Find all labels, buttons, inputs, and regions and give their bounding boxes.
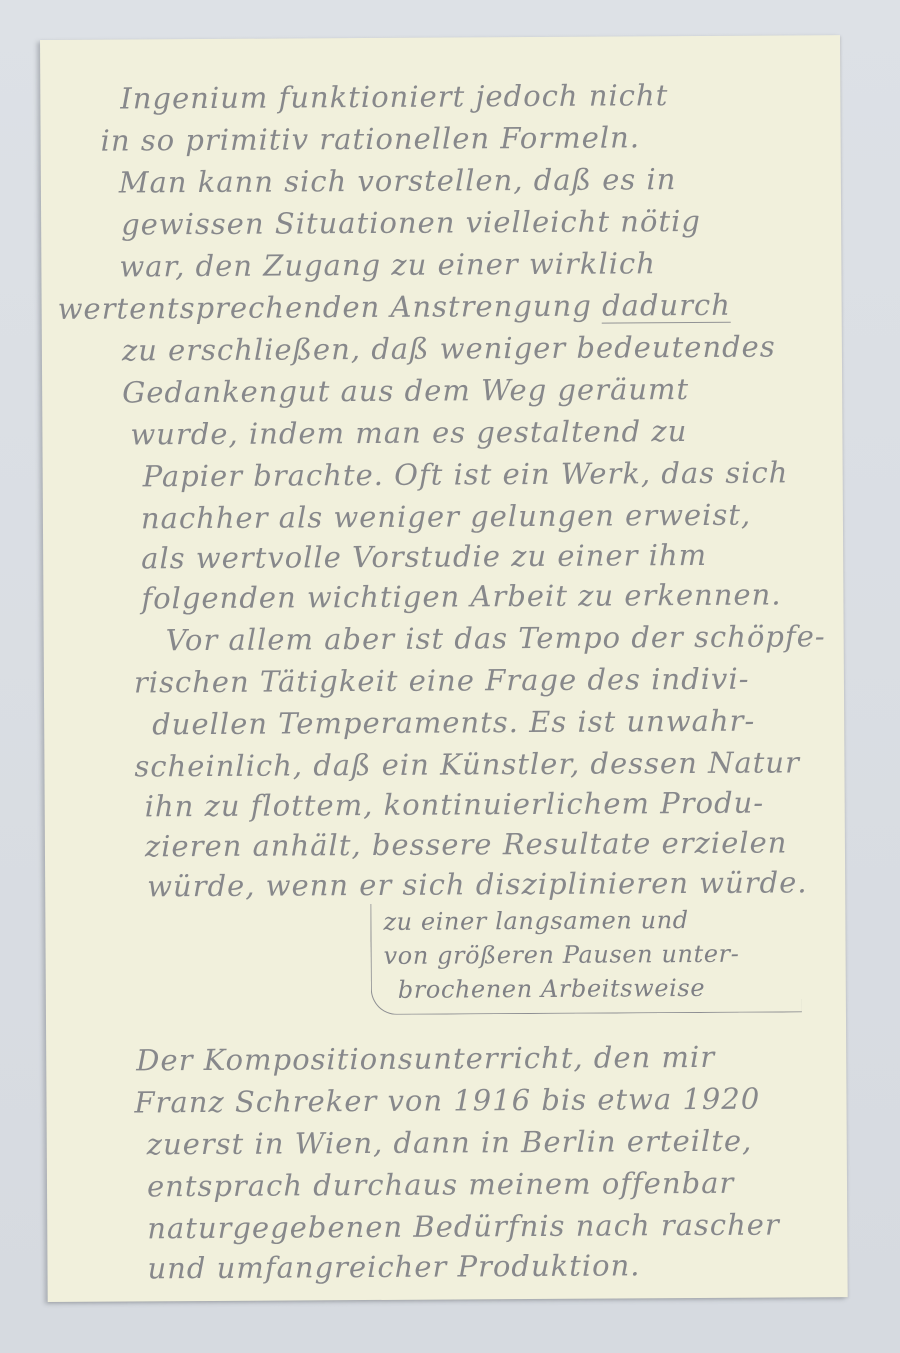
text-line: Papier brachte. Oft ist ein Werk, das si… <box>143 455 789 493</box>
text-line: folgenden wichtigen Arbeit zu erkennen. <box>141 577 781 615</box>
text-line: scheinlich, daß ein Künstler, dessen Nat… <box>134 745 800 783</box>
text-line: rischen Tätigkeit eine Frage des indivi- <box>134 662 750 700</box>
text-line: ihn zu flottem, kontinuierlichem Produ- <box>145 786 765 824</box>
text-line: Franz Schreker von 1916 bis etwa 1920 <box>134 1082 760 1120</box>
text-line: und umfangreicher Produktion. <box>147 1248 640 1285</box>
text-line: war, den Zugang zu einer wirklich <box>119 246 656 283</box>
text-line: zuerst in Wien, dann in Berlin erteilte, <box>147 1124 753 1162</box>
text-line: zu erschließen, daß weniger bedeutendes <box>122 330 776 368</box>
text-line: in so primitiv rationellen Formeln. <box>101 120 641 157</box>
text-line: zieren anhält, bessere Resultate erziele… <box>145 825 788 863</box>
text-line: Vor allem aber ist das Tempo der schöpfe… <box>166 619 826 657</box>
text-line: wertentsprechenden Anstrengung dadurch <box>58 288 731 326</box>
text-fragment: wertentsprechenden Anstrengung <box>58 289 603 326</box>
text-line: Gedankengut aus dem Weg geräumt <box>122 372 689 409</box>
text-line: duellen Temperaments. Es ist unwahr- <box>152 704 755 742</box>
text-line: Ingenium funktioniert jedoch nicht <box>120 78 668 115</box>
insertion-line: brochenen Arbeitsweise <box>398 974 705 1004</box>
text-line: wurde, indem man es gestaltend zu <box>130 414 687 451</box>
insertion-line: von größeren Pausen unter- <box>384 940 740 970</box>
text-line: gewissen Situationen vielleicht nötig <box>121 204 701 242</box>
text-line: als wertvolle Vorstudie zu einer ihm <box>141 538 707 575</box>
text-line: Man kann sich vorstellen, daß es in <box>119 162 677 199</box>
manuscript-page: Ingenium funktioniert jedoch nicht in so… <box>40 35 848 1302</box>
text-line: Der Kompositionsunterricht, den mir <box>136 1040 715 1078</box>
insertion-line: zu einer langsamen und <box>383 906 688 936</box>
text-line: nachher als weniger gelungen erweist, <box>141 498 751 536</box>
text-line: naturgegebenen Bedürfnis nach rascher <box>147 1208 780 1246</box>
underlined-word: dadurch <box>602 288 731 324</box>
text-line: würde, wenn er sich disziplinieren würde… <box>147 865 808 903</box>
text-line: entsprach durchaus meinem offenbar <box>147 1166 734 1204</box>
